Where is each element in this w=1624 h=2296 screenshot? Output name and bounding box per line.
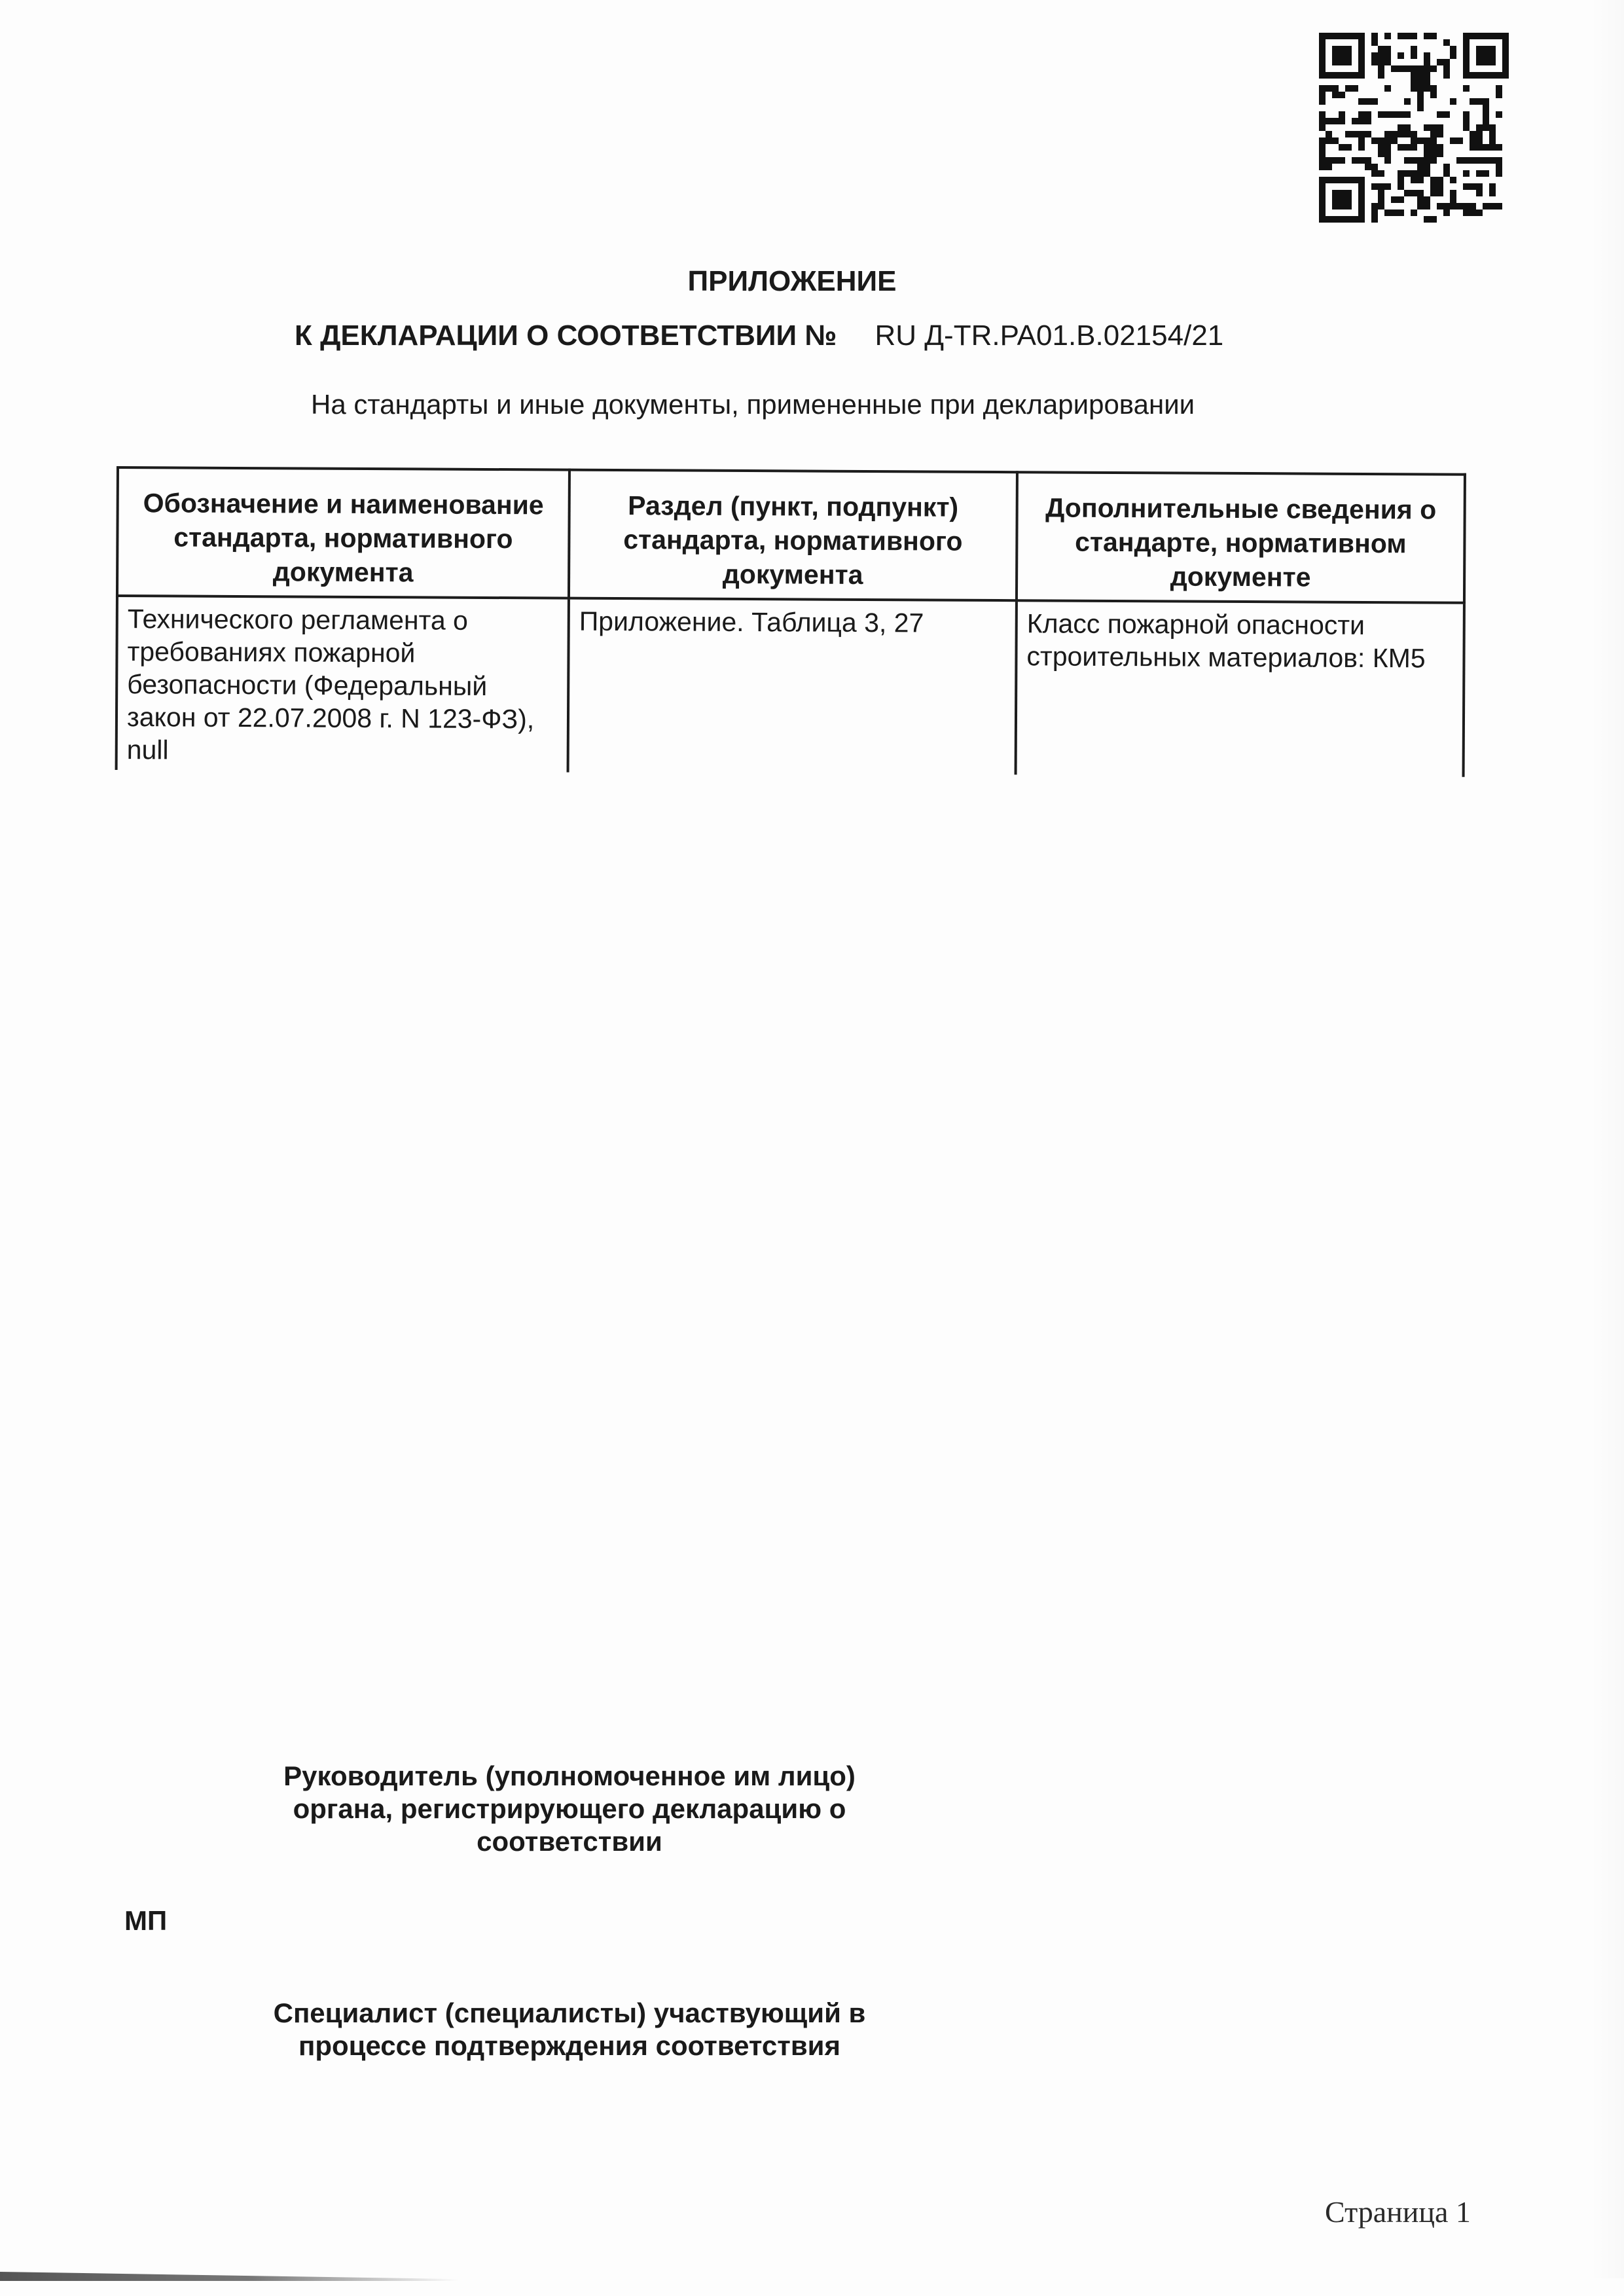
table-header-row: Обозначение и наименование стандарта, но… — [117, 467, 1465, 603]
column-header-section: Раздел (пункт, подпункт) стандарта, норм… — [569, 470, 1017, 601]
appendix-title: ПРИЛОЖЕНИЕ — [0, 265, 1584, 298]
table-row: Технического регламента о требованиях по… — [117, 596, 1464, 777]
qr-code-icon — [1319, 29, 1509, 226]
column-header-additional: Дополнительные сведения о стандарте, нор… — [1017, 472, 1465, 603]
cell-section: Приложение. Таблица 3, 27 — [568, 598, 1017, 775]
qr-code — [1319, 29, 1509, 226]
specialist-signature-label: Специалист (специалисты) участвующий в п… — [236, 1997, 903, 2062]
declaration-label: К ДЕКЛАРАЦИИ О СООТВЕТСТВИИ № — [295, 319, 837, 352]
scan-shadow-right — [1591, 0, 1624, 2278]
declaration-number: RU Д-TR.PA01.B.02154/21 — [875, 319, 1223, 352]
appendix-subtitle: На стандарты и иные документы, примененн… — [311, 389, 1195, 420]
seal-label: МП — [124, 1905, 167, 1937]
standards-table: Обозначение и наименование стандарта, но… — [115, 466, 1466, 777]
column-header-designation: Обозначение и наименование стандарта, но… — [117, 467, 569, 598]
scan-shadow-bottom — [0, 2272, 458, 2281]
declaration-line: К ДЕКЛАРАЦИИ О СООТВЕТСТВИИ №RU Д-TR.PA0… — [295, 319, 1223, 352]
head-signature-label: Руководитель (уполномоченное им лицо) ор… — [242, 1760, 897, 1858]
cell-designation: Технического регламента о требованиях по… — [117, 596, 569, 773]
page-number: Страница 1 — [1325, 2195, 1471, 2229]
cell-additional: Класс пожарной опасности строительных ма… — [1016, 600, 1464, 777]
